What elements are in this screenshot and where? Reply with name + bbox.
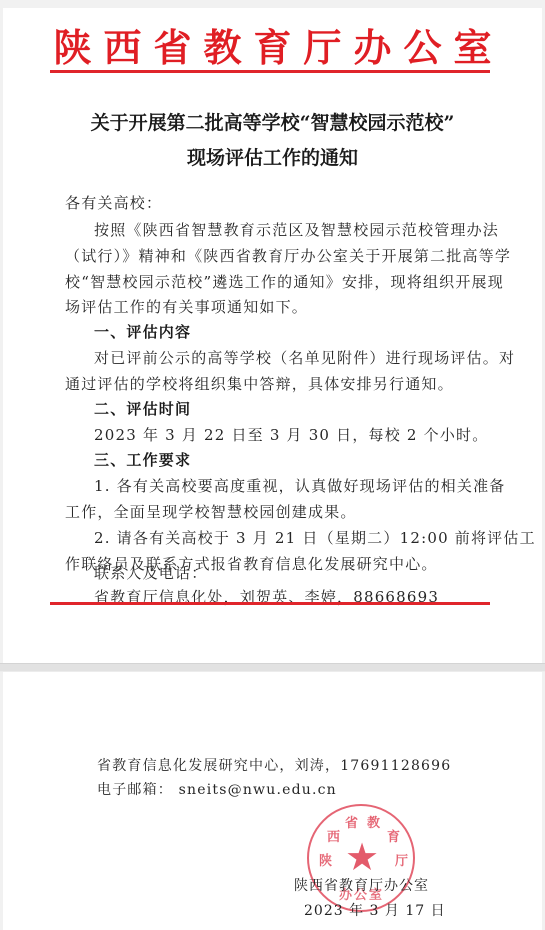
section-3-line-1: 1. 各有关高校要高度重视，认真做好现场评估的相关准备 (94, 476, 505, 496)
salutation: 各有关高校： (65, 193, 162, 213)
section-1-heading: 一、评估内容 (94, 322, 191, 342)
intro-line-1: 按照《陕西省智慧教育示范区及智慧校园示范校管理办法 (94, 220, 499, 240)
notice-title-line-1: 关于开展第二批高等学校“智慧校园示范校” (3, 111, 542, 135)
intro-line-3: 校“智慧校园示范校”遴选工作的通知》安排，现将组织开展现 (65, 272, 504, 292)
official-seal: 陕 西 省 教 育 厅 ★ 办公室 (307, 804, 415, 912)
footer-red-rule (50, 602, 490, 605)
contact-label: 联系人及电话： (94, 563, 207, 583)
seal-star-icon: ★ (343, 838, 381, 876)
seal-char: 育 (387, 826, 400, 845)
signature-date: 2023 年 3 月 17 日 (304, 900, 446, 920)
section-2-line-1: 2023 年 3 月 22 日至 3 月 30 日，每校 2 个小时。 (94, 425, 488, 445)
masthead-title: 陕西省教育厅办公室 (3, 26, 542, 70)
contact-email: 电子邮箱： sneits@nwu.edu.cn (97, 780, 337, 800)
section-1-line-2: 通过评估的学校将组织集中答辩，具体安排另行通知。 (65, 374, 454, 394)
seal-char: 教 (367, 812, 380, 831)
seal-char: 省 (345, 812, 358, 831)
intro-line-2: （试行）》精神和《陕西省教育厅办公室关于开展第二批高等学 (65, 246, 511, 266)
seal-char: 厅 (395, 850, 408, 869)
document-page-1: 陕西省教育厅办公室 关于开展第二批高等学校“智慧校园示范校” 现场评估工作的通知… (3, 8, 542, 663)
document-page-2: 省教育信息化发展研究中心，刘涛，17691128696 电子邮箱： sneits… (3, 672, 542, 930)
section-3-line-3: 2. 请各有关高校于 3 月 21 日（星期二）12:00 前将评估工 (94, 528, 536, 548)
section-3-heading: 三、工作要求 (94, 450, 191, 470)
page-separator (0, 663, 545, 672)
seal-char: 陕 (319, 850, 332, 869)
signature-organization: 陕西省教育厅办公室 (294, 875, 429, 895)
masthead-red-rule (50, 70, 490, 73)
contact-info-2: 省教育信息化发展研究中心，刘涛，17691128696 (97, 756, 451, 776)
intro-line-4: 场评估工作的有关事项通知如下。 (65, 297, 308, 317)
section-1-line-1: 对已评前公示的高等学校（名单见附件）进行现场评估。对 (94, 348, 515, 368)
notice-title-line-2: 现场评估工作的通知 (3, 146, 542, 170)
section-2-heading: 二、评估时间 (94, 399, 191, 419)
section-3-line-2: 工作，全面呈现学校智慧校园创建成果。 (65, 502, 357, 522)
seal-char: 西 (327, 826, 340, 845)
